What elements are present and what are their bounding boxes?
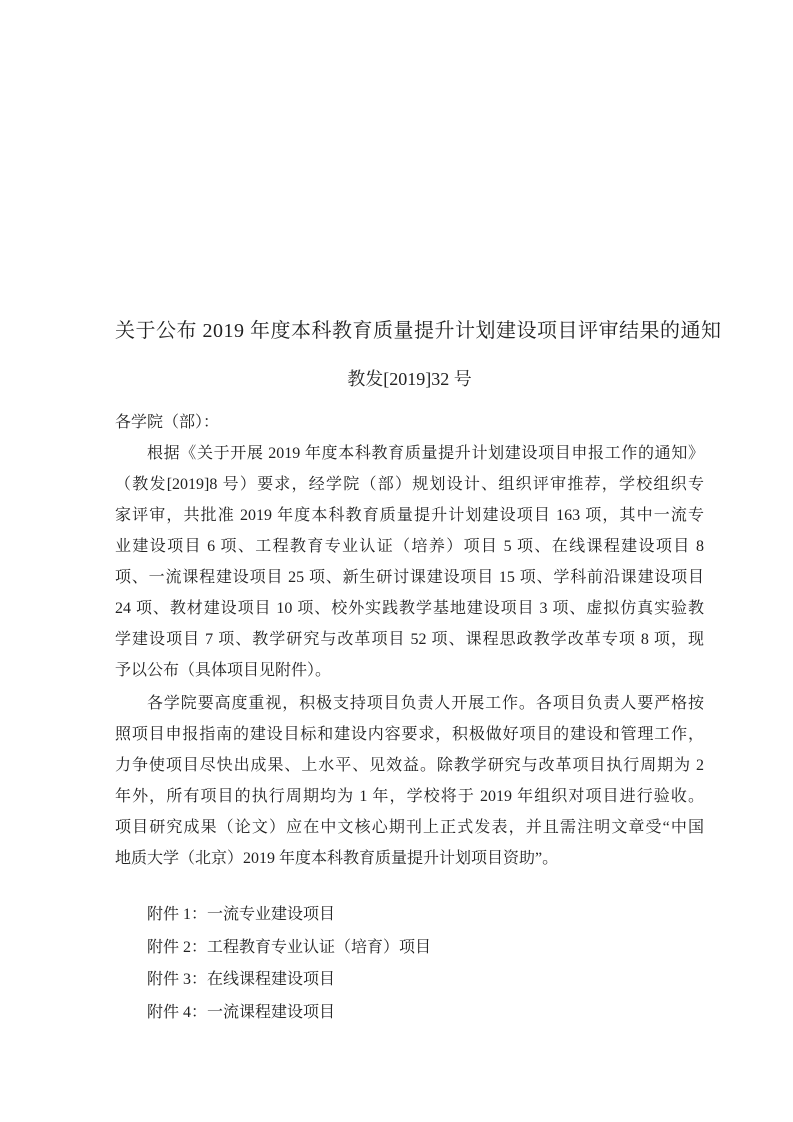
document-page: 关于公布 2019 年度本科教育质量提升计划建设项目评审结果的通知 教发[201… xyxy=(0,0,793,1122)
paragraph: 各学院要高度重视，积极支持项目负责人开展工作。各项目负责人要严格按照项目申报指南… xyxy=(115,688,704,874)
text-line: 项、一流课程建设项目 25 项、新生研讨课建设项目 15 项、学科前沿课建设项目 xyxy=(115,562,704,593)
salutation-line: 各学院（部）： xyxy=(115,407,704,438)
document-number: 教发[2019]32 号 xyxy=(115,364,704,394)
text-line: 各学院要高度重视，积极支持项目负责人开展工作。各项目负责人要严格按 xyxy=(115,688,704,719)
text-line: 年外，所有项目的执行周期均为 1 年，学校将于 2019 年组织对项目进行验收。 xyxy=(115,781,704,812)
paragraph: 根据《关于开展 2019 年度本科教育质量提升计划建设项目申报工作的通知》（教发… xyxy=(115,438,704,686)
document-title: 关于公布 2019 年度本科教育质量提升计划建设项目评审结果的通知 xyxy=(115,316,704,346)
text-line: 业建设项目 6 项、工程教育专业认证（培养）项目 5 项、在线课程建设项目 8 xyxy=(115,531,704,562)
attachments-list: 附件 1：一流专业建设项目附件 2：工程教育专业认证（培育）项目附件 3：在线课… xyxy=(115,899,704,1030)
text-line: 项目研究成果（论文）应在中文核心期刊上正式发表，并且需注明文章受“中国 xyxy=(115,812,704,843)
text-line: 予以公布（具体项目见附件）。 xyxy=(115,655,704,686)
text-line: （教发[2019]8 号）要求，经学院（部）规划设计、组织评审推荐，学校组织专 xyxy=(115,469,704,500)
document-content: 关于公布 2019 年度本科教育质量提升计划建设项目评审结果的通知 教发[201… xyxy=(115,0,704,1030)
attachment-line: 附件 4：一流课程建设项目 xyxy=(147,997,704,1030)
text-line: 力争使项目尽快出成果、上水平、见效益。除教学研究与改革项目执行周期为 2 xyxy=(115,750,704,781)
text-line: 学建设项目 7 项、教学研究与改革项目 52 项、课程思政教学改革专项 8 项，… xyxy=(115,624,704,655)
text-line: 照项目申报指南的建设目标和建设内容要求，积极做好项目的建设和管理工作， xyxy=(115,719,704,750)
text-line: 根据《关于开展 2019 年度本科教育质量提升计划建设项目申报工作的通知》 xyxy=(115,438,704,469)
text-line: 地质大学（北京）2019 年度本科教育质量提升计划项目资助”。 xyxy=(115,843,704,874)
text-line: 24 项、教材建设项目 10 项、校外实践教学基地建设项目 3 项、虚拟仿真实验… xyxy=(115,593,704,624)
attachment-line: 附件 3：在线课程建设项目 xyxy=(147,964,704,997)
attachment-line: 附件 2：工程教育专业认证（培育）项目 xyxy=(147,932,704,965)
text-line: 家评审，共批准 2019 年度本科教育质量提升计划建设项目 163 项，其中一流… xyxy=(115,500,704,531)
body-text: 各学院（部）： 根据《关于开展 2019 年度本科教育质量提升计划建设项目申报工… xyxy=(115,407,704,874)
attachment-line: 附件 1：一流专业建设项目 xyxy=(147,899,704,932)
